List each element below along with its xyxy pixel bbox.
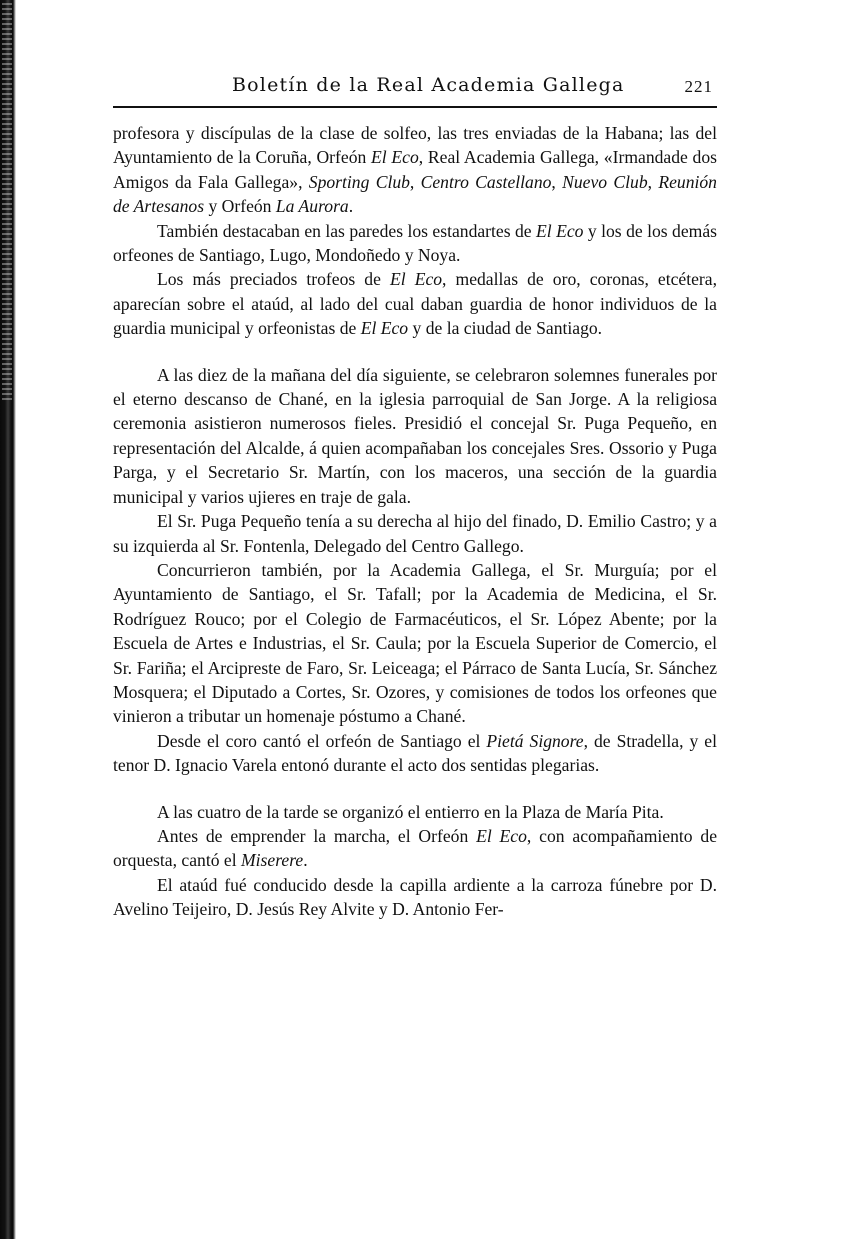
italic-title: Sporting Club [309,172,410,192]
italic-title: El Eco [476,826,527,846]
italic-title: Pietá Signore [486,731,583,751]
text-run: Desde el coro cantó el orfeón de Santiag… [157,731,486,751]
italic-title: El Eco [536,221,583,241]
header-rule [113,106,717,108]
scan-binding-edge [0,0,16,1239]
italic-title: Nuevo Club [562,172,647,192]
journal-title: Boletín de la Real Academia Gallega [232,74,625,96]
italic-title: Miserere [241,850,303,870]
text-run: A las cuatro de la tarde se organizó el … [157,802,664,822]
text-run: , [410,172,421,192]
paragraph: A las diez de la mañana del día siguient… [113,363,717,509]
text-run: y Orfeón [204,196,276,216]
italic-title: El Eco [371,147,419,167]
text-run: , [551,172,562,192]
text-run: y de la ciudad de Santiago. [408,318,602,338]
italic-title: El Eco [361,318,408,338]
italic-title: El Eco [390,269,442,289]
text-run: También destacaban en las paredes los es… [157,221,536,241]
paragraph: profesora y discípulas de la clase de so… [113,121,717,219]
paragraph: Antes de emprender la marcha, el Orfeón … [113,824,717,873]
paragraph: El Sr. Puga Pequeño tenía a su derecha a… [113,509,717,558]
section-gap [113,778,717,800]
paragraph: Desde el coro cantó el orfeón de Santiag… [113,729,717,778]
text-run: . [349,196,353,216]
paragraph: Los más preciados trofeos de El Eco, med… [113,267,717,340]
text-run: Los más preciados trofeos de [157,269,390,289]
scan-noise [2,0,12,400]
italic-title: La Aurora [276,196,349,216]
section-gap [113,341,717,363]
text-run: A las diez de la mañana del día siguient… [113,365,717,507]
text-run: . [303,850,307,870]
page-number: 221 [685,77,714,97]
running-header: Boletín de la Real Academia Gallega 221 [113,74,717,106]
paragraph: El ataúd fué conducido desde la capilla … [113,873,717,922]
text-run: , [648,172,659,192]
italic-title: Centro Castellano [421,172,552,192]
text-run: El Sr. Puga Pequeño tenía a su derecha a… [113,511,717,555]
paragraph: A las cuatro de la tarde se organizó el … [113,800,717,824]
paragraph: También destacaban en las paredes los es… [113,219,717,268]
paragraph: Concurrieron también, por la Academia Ga… [113,558,717,729]
text-run: Antes de emprender la marcha, el Orfeón [157,826,476,846]
body-text: profesora y discípulas de la clase de so… [113,121,717,922]
text-run: Concurrieron también, por la Academia Ga… [113,560,717,726]
text-run: El ataúd fué conducido desde la capilla … [113,875,717,919]
